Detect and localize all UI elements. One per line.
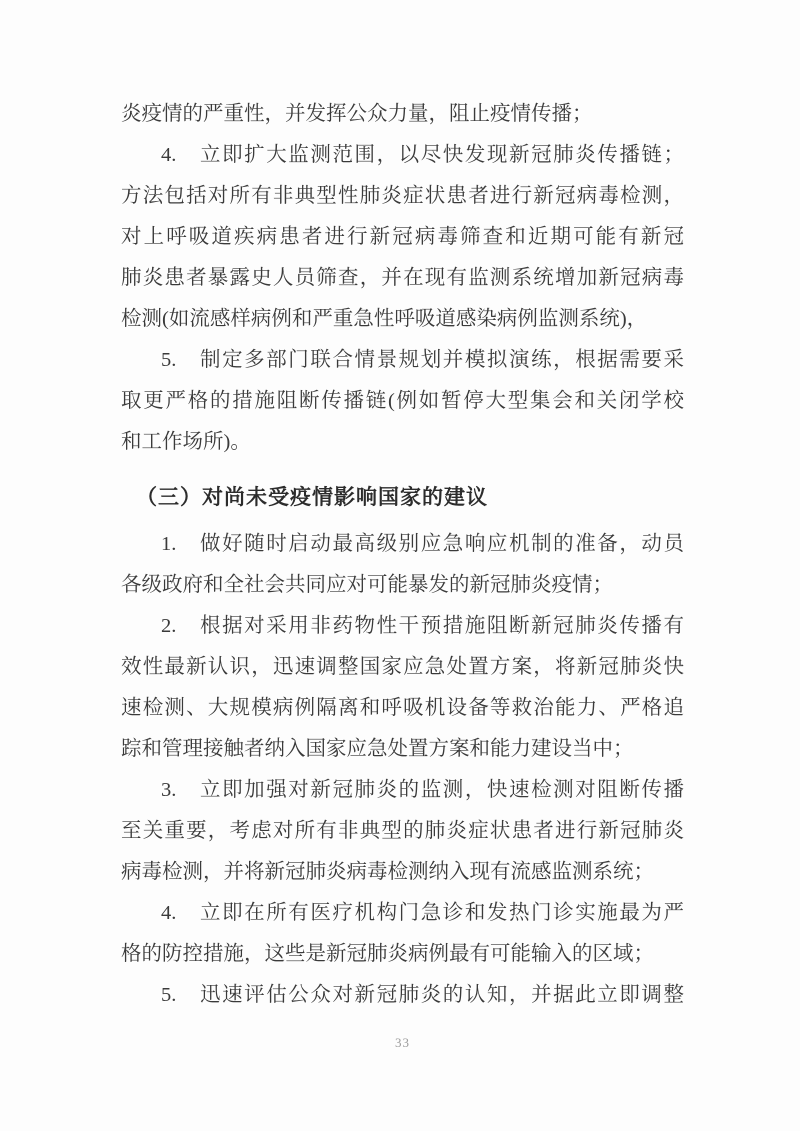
- page-number: 33: [121, 1033, 684, 1053]
- text-line: 检测(如流感样病例和严重急性呼吸道感染病例监测系统)，: [121, 299, 684, 340]
- text-line: 1. 做好随时启动最高级别应急响应机制的准备，动员: [121, 524, 684, 565]
- section-heading: （三）对尚未受疫情影响国家的建议: [121, 477, 684, 518]
- text-line: 3. 立即加强对新冠肺炎的监测，快速检测对阻断传播: [121, 770, 684, 811]
- text-line: 踪和管理接触者纳入国家应急处置方案和能力建设当中；: [121, 729, 684, 770]
- text-line: 方法包括对所有非典型性肺炎症状患者进行新冠病毒检测，: [121, 176, 684, 217]
- text-line: 5. 迅速评估公众对新冠肺炎的认知，并据此立即调整: [121, 975, 684, 1016]
- text-line: 至关重要，考虑对所有非典型的肺炎症状患者进行新冠肺炎: [121, 811, 684, 852]
- text-line: 对上呼吸道疾病患者进行新冠病毒筛查和近期可能有新冠: [121, 217, 684, 258]
- text-line: 炎疫情的严重性，并发挥公众力量，阻止疫情传播；: [121, 94, 684, 135]
- text-line: 肺炎患者暴露史人员筛查，并在现有监测系统增加新冠病毒: [121, 258, 684, 299]
- text-line: 速检测、大规模病例隔离和呼吸机设备等救治能力、严格追: [121, 688, 684, 729]
- text-line: 病毒检测，并将新冠肺炎病毒检测纳入现有流感监测系统；: [121, 852, 684, 893]
- text-line: 和工作场所)。: [121, 422, 684, 463]
- document-page: 炎疫情的严重性，并发挥公众力量，阻止疫情传播； 4. 立即扩大监测范围，以尽快发…: [0, 0, 800, 1131]
- text-line: 4. 立即扩大监测范围，以尽快发现新冠肺炎传播链；: [121, 135, 684, 176]
- text-line: 4. 立即在所有医疗机构门急诊和发热门诊实施最为严: [121, 893, 684, 934]
- text-line: 格的防控措施，这些是新冠肺炎病例最有可能输入的区域；: [121, 934, 684, 975]
- text-block: 炎疫情的严重性，并发挥公众力量，阻止疫情传播； 4. 立即扩大监测范围，以尽快发…: [121, 94, 684, 1053]
- text-line: 2. 根据对采用非药物性干预措施阻断新冠肺炎传播有: [121, 606, 684, 647]
- text-line: 取更严格的措施阻断传播链(例如暂停大型集会和关闭学校: [121, 381, 684, 422]
- text-line: 效性最新认识，迅速调整国家应急处置方案，将新冠肺炎快: [121, 647, 684, 688]
- text-line: 5. 制定多部门联合情景规划并模拟演练，根据需要采: [121, 340, 684, 381]
- text-line: 各级政府和全社会共同应对可能暴发的新冠肺炎疫情；: [121, 565, 684, 606]
